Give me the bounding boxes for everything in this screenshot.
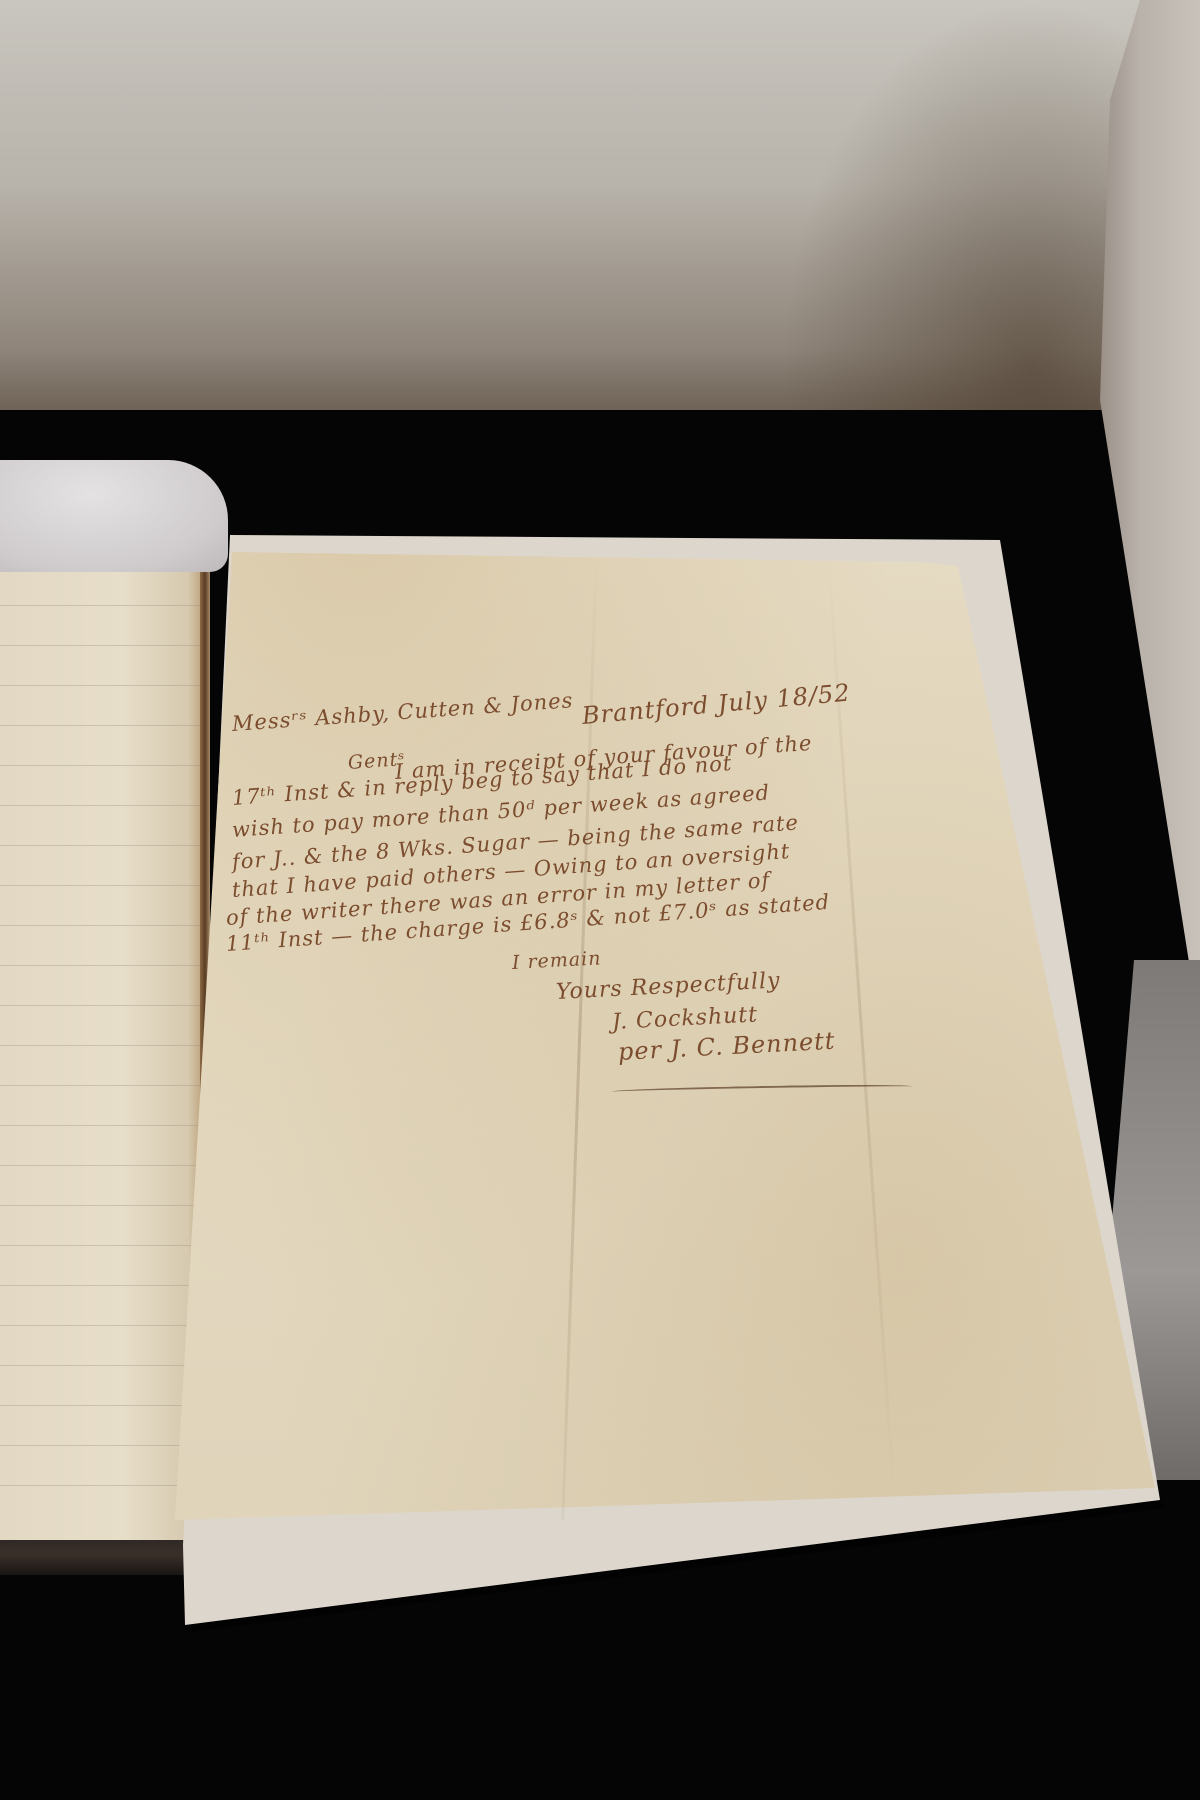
ledger-left-page	[0, 565, 205, 1540]
foam-book-support	[0, 460, 228, 572]
